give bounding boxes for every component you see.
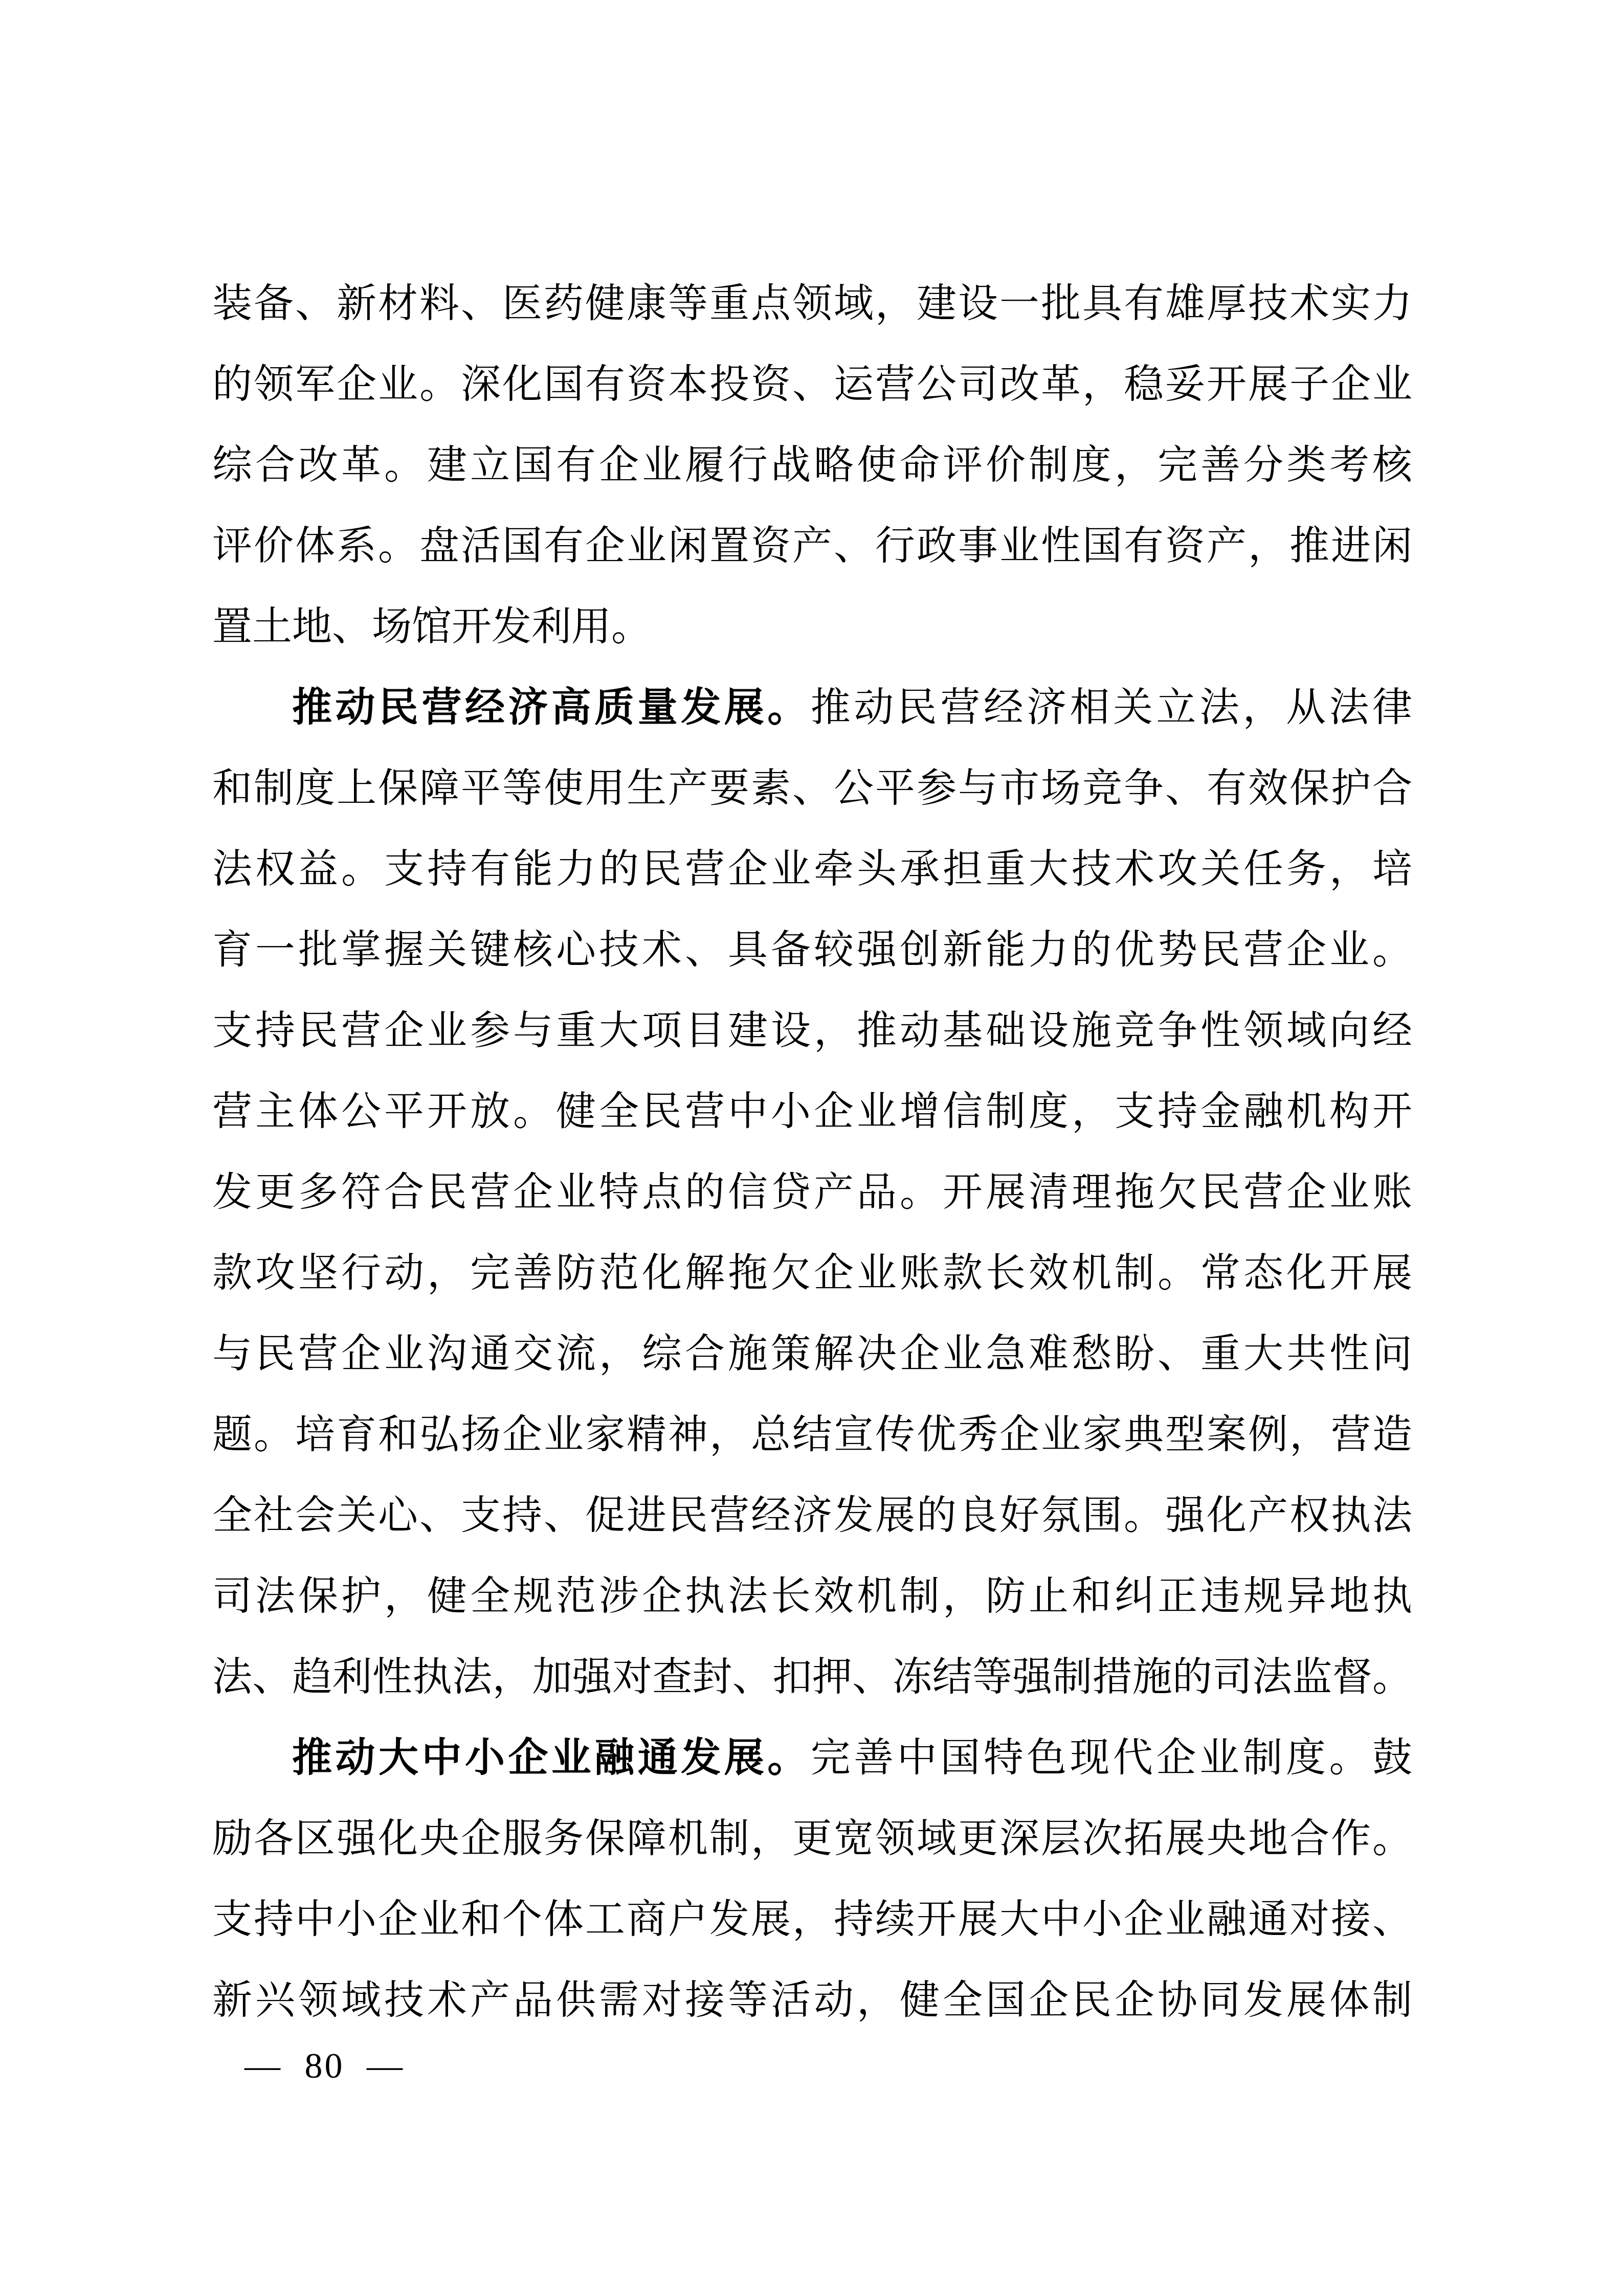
- text-segment: 新兴领域技术产品供需对接等活动，健全国企民企协同发展体制: [212, 1978, 1412, 2022]
- bold-lead-segment: 推动大中小企业融通发展。: [292, 1736, 811, 1780]
- paragraph: 推动大中小企业融通发展。完善中国特色现代企业制度。鼓励各区强化央企服务保障机制，…: [212, 1718, 1412, 2041]
- text-segment: 置土地、场馆开发利用。: [212, 604, 651, 649]
- text-segment: 和制度上保障平等使用生产要素、公平参与市场竞争、有效保护合: [212, 766, 1412, 811]
- text-line: 营主体公平开放。健全民营中小企业增信制度，支持金融机构开: [212, 1071, 1412, 1152]
- text-line: 司法保护，健全规范涉企执法长效机制，防止和纠正违规异地执: [212, 1556, 1412, 1637]
- text-segment: 推动民营经济相关立法，从法律: [811, 685, 1412, 730]
- text-segment: 全社会关心、支持、促进民营经济发展的良好氛围。强化产权执法: [212, 1493, 1412, 1538]
- text-segment: 的领军企业。深化国有资本投资、运营公司改革，稳妥开展子企业: [212, 362, 1412, 407]
- text-segment: 支持中小企业和个体工商户发展，持续开展大中小企业融通对接、: [212, 1897, 1412, 1942]
- text-line: 推动大中小企业融通发展。完善中国特色现代企业制度。鼓: [212, 1718, 1412, 1798]
- text-line: 育一批掌握关键核心技术、具备较强创新能力的优势民营企业。: [212, 910, 1412, 991]
- text-segment: 与民营企业沟通交流，综合施策解决企业急难愁盼、重大共性问: [212, 1332, 1412, 1376]
- text-segment: 装备、新材料、医药健康等重点领域，建设一批具有雄厚技术实力: [212, 281, 1412, 326]
- text-segment: 司法保护，健全规范涉企执法长效机制，防止和纠正违规异地执: [212, 1574, 1412, 1618]
- text-line: 支持民营企业参与重大项目建设，推动基础设施竞争性领域向经: [212, 991, 1412, 1071]
- text-line: 法、趋利性执法，加强对查封、扣押、冻结等强制措施的司法监督。: [212, 1637, 1412, 1718]
- text-segment: 支持民营企业参与重大项目建设，推动基础设施竞争性领域向经: [212, 1008, 1412, 1053]
- text-line: 推动民营经济高质量发展。推动民营经济相关立法，从法律: [212, 667, 1412, 748]
- text-line: 法权益。支持有能力的民营企业牵头承担重大技术攻关任务，培: [212, 829, 1412, 910]
- text-line: 置土地、场馆开发利用。: [212, 587, 1412, 667]
- text-segment: 评价体系。盘活国有企业闲置资产、行政事业性国有资产，推进闲: [212, 524, 1412, 568]
- page-number: — 80 —: [244, 2046, 405, 2086]
- page-footer: — 80 —: [244, 2043, 405, 2089]
- text-line: 和制度上保障平等使用生产要素、公平参与市场竞争、有效保护合: [212, 748, 1412, 829]
- text-line: 发更多符合民营企业特点的信贷产品。开展清理拖欠民营企业账: [212, 1152, 1412, 1233]
- text-segment: 法、趋利性执法，加强对查封、扣押、冻结等强制措施的司法监督。: [212, 1655, 1412, 1699]
- text-segment: 发更多符合民营企业特点的信贷产品。开展清理拖欠民营企业账: [212, 1170, 1412, 1214]
- text-segment: 完善中国特色现代企业制度。鼓: [811, 1736, 1412, 1780]
- text-line: 装备、新材料、医药健康等重点领域，建设一批具有雄厚技术实力: [212, 263, 1412, 344]
- text-line: 题。培育和弘扬企业家精神，总结宣传优秀企业家典型案例，营造: [212, 1394, 1412, 1475]
- paragraph: 装备、新材料、医药健康等重点领域，建设一批具有雄厚技术实力的领军企业。深化国有资…: [212, 263, 1412, 667]
- text-line: 全社会关心、支持、促进民营经济发展的良好氛围。强化产权执法: [212, 1475, 1412, 1556]
- text-segment: 育一批掌握关键核心技术、具备较强创新能力的优势民营企业。: [212, 928, 1412, 972]
- paragraph: 推动民营经济高质量发展。推动民营经济相关立法，从法律和制度上保障平等使用生产要素…: [212, 667, 1412, 1718]
- text-segment: 励各区强化央企服务保障机制，更宽领域更深层次拓展央地合作。: [212, 1816, 1412, 1861]
- text-segment: 题。培育和弘扬企业家精神，总结宣传优秀企业家典型案例，营造: [212, 1412, 1412, 1457]
- text-line: 励各区强化央企服务保障机制，更宽领域更深层次拓展央地合作。: [212, 1798, 1412, 1879]
- text-line: 评价体系。盘活国有企业闲置资产、行政事业性国有资产，推进闲: [212, 506, 1412, 587]
- text-line: 款攻坚行动，完善防范化解拖欠企业账款长效机制。常态化开展: [212, 1233, 1412, 1314]
- text-segment: 款攻坚行动，完善防范化解拖欠企业账款长效机制。常态化开展: [212, 1251, 1412, 1295]
- document-page: 装备、新材料、医药健康等重点领域，建设一批具有雄厚技术实力的领军企业。深化国有资…: [0, 0, 1624, 2296]
- text-line: 与民营企业沟通交流，综合施策解决企业急难愁盼、重大共性问: [212, 1314, 1412, 1394]
- text-line: 的领军企业。深化国有资本投资、运营公司改革，稳妥开展子企业: [212, 344, 1412, 425]
- text-line: 支持中小企业和个体工商户发展，持续开展大中小企业融通对接、: [212, 1879, 1412, 1960]
- text-segment: 综合改革。建立国有企业履行战略使命评价制度，完善分类考核: [212, 443, 1412, 487]
- text-line: 综合改革。建立国有企业履行战略使命评价制度，完善分类考核: [212, 425, 1412, 506]
- text-segment: 营主体公平开放。健全民营中小企业增信制度，支持金融机构开: [212, 1089, 1412, 1134]
- text-segment: 法权益。支持有能力的民营企业牵头承担重大技术攻关任务，培: [212, 847, 1412, 891]
- text-line: 新兴领域技术产品供需对接等活动，健全国企民企协同发展体制: [212, 1960, 1412, 2041]
- bold-lead-segment: 推动民营经济高质量发展。: [292, 685, 811, 730]
- document-body: 装备、新材料、医药健康等重点领域，建设一批具有雄厚技术实力的领军企业。深化国有资…: [212, 263, 1412, 2041]
